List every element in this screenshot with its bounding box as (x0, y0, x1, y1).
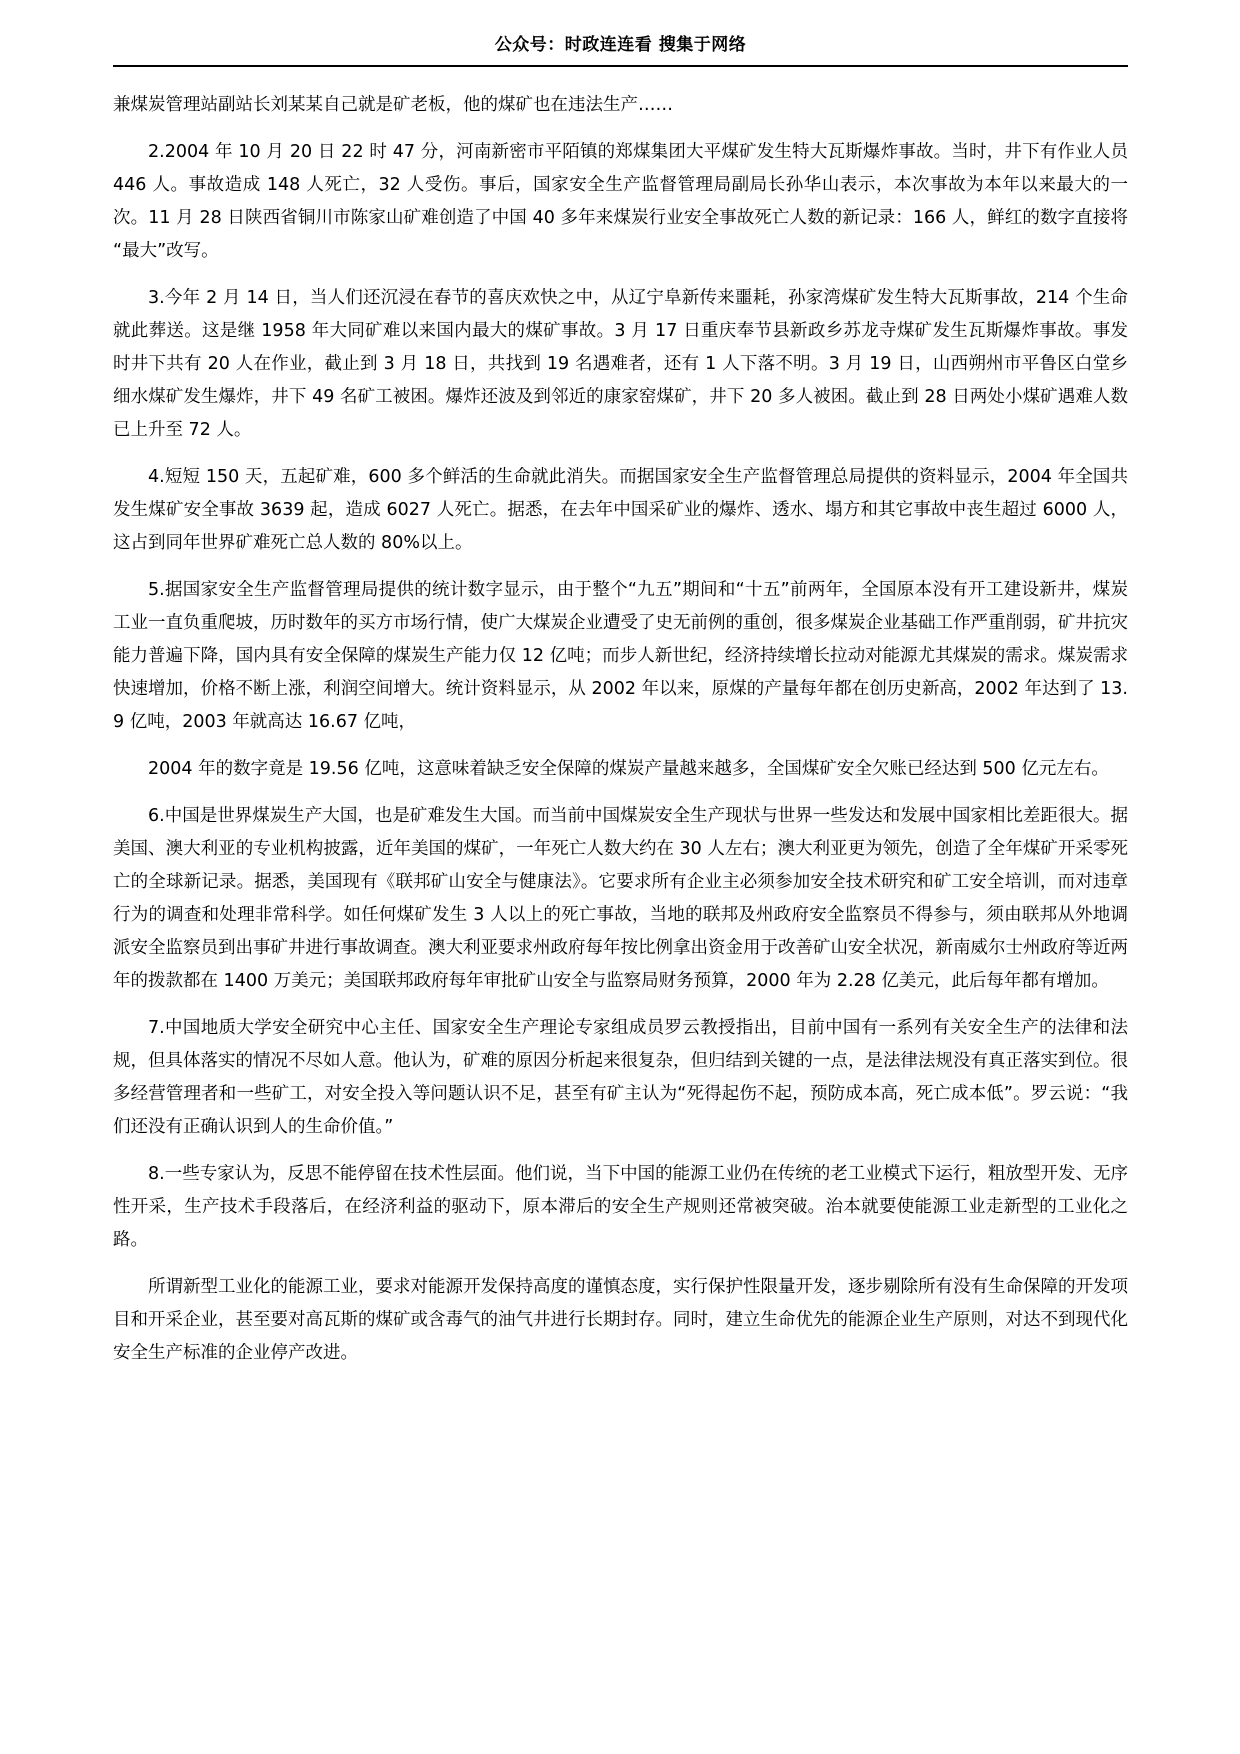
paragraph-7: 7.中国地质大学安全研究中心主任、国家安全生产理论专家组成员罗云教授指出，目前中… (113, 1012, 1128, 1144)
paragraph-5: 5.据国家安全生产监督管理局提供的统计数字显示，由于整个“九五”期间和“十五”前… (113, 574, 1128, 739)
document-body: 兼煤炭管理站副站长刘某某自己就是矿老板，他的煤矿也在违法生产…… 2.2004 … (113, 89, 1128, 1370)
paragraph-8: 8.一些专家认为，反思不能停留在技术性层面。他们说，当下中国的能源工业仍在传统的… (113, 1158, 1128, 1257)
paragraph-4: 4.短短 150 天，五起矿难，600 多个鲜活的生命就此消失。而据国家安全生产… (113, 461, 1128, 560)
paragraph-6: 6.中国是世界煤炭生产大国，也是矿难发生大国。而当前中国煤炭安全生产现状与世界一… (113, 800, 1128, 998)
header-title: 公众号：时政连连看 搜集于网络 (113, 34, 1128, 56)
paragraph-5-continued: 2004 年的数字竟是 19.56 亿吨，这意味着缺乏安全保障的煤炭产量越来越多… (113, 753, 1128, 786)
paragraph-2: 2.2004 年 10 月 20 日 22 时 47 分，河南新密市平陌镇的郑煤… (113, 136, 1128, 268)
document-page: 公众号：时政连连看 搜集于网络 兼煤炭管理站副站长刘某某自己就是矿老板，他的煤矿… (0, 0, 1240, 1754)
paragraph-8-continued: 所谓新型工业化的能源工业，要求对能源开发保持高度的谨慎态度，实行保护性限量开发，… (113, 1271, 1128, 1370)
page-header: 公众号：时政连连看 搜集于网络 (113, 34, 1128, 67)
paragraph-3: 3.今年 2 月 14 日，当人们还沉浸在春节的喜庆欢快之中，从辽宁阜新传来噩耗… (113, 282, 1128, 447)
paragraph-continuation: 兼煤炭管理站副站长刘某某自己就是矿老板，他的煤矿也在违法生产…… (113, 89, 1128, 122)
header-divider (113, 65, 1128, 67)
